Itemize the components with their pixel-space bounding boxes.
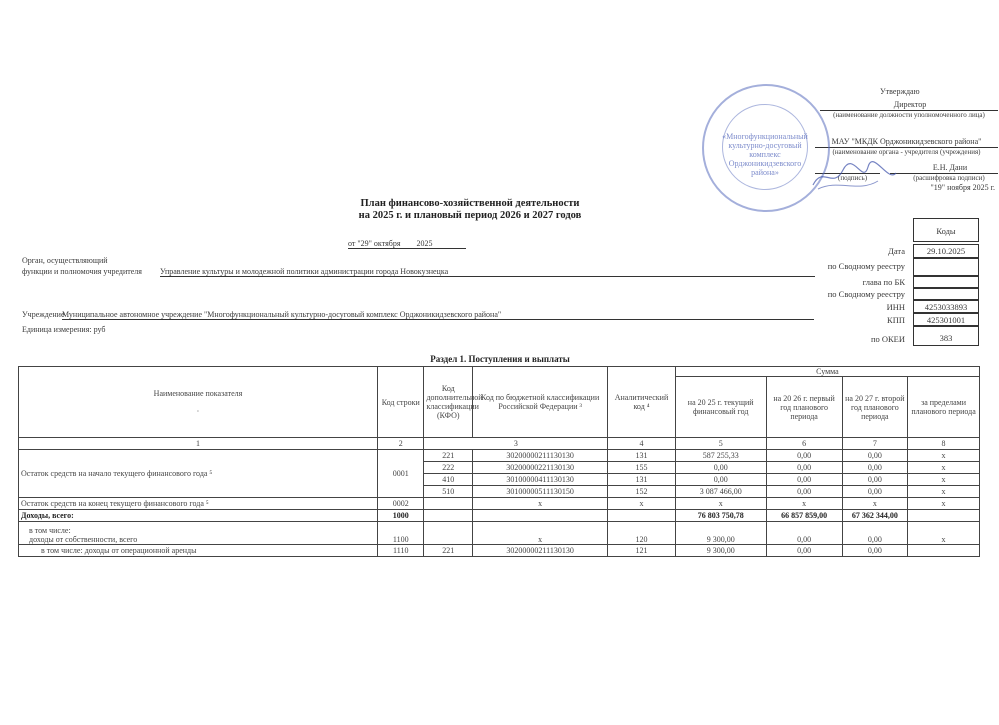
cell-analytic: 155 xyxy=(608,462,676,474)
code-label-registry: по Сводному реестру xyxy=(745,261,905,271)
cell-beyond: x xyxy=(908,450,980,462)
code-label-date: Дата xyxy=(745,246,905,256)
code-value-registry xyxy=(913,258,979,276)
code-label-okei: по ОКЕИ xyxy=(745,334,905,344)
header-sum: Сумма xyxy=(675,367,979,377)
cell-2025: 3 087 466,00 xyxy=(675,486,766,498)
row-name: в том числе: доходы от собственности, вс… xyxy=(19,522,378,545)
table-row: в том числе: доходы от операционной арен… xyxy=(19,545,980,557)
finance-table: Наименование показателя· Код строки Код … xyxy=(18,366,980,557)
cell-analytic: 152 xyxy=(608,486,676,498)
cell-beyond: x xyxy=(908,522,980,545)
cell-2025: 587 255,33 xyxy=(675,450,766,462)
row-name: Остаток средств на конец текущего финанс… xyxy=(19,498,378,510)
header-analytic: Аналитический код ⁴ xyxy=(608,367,676,438)
code-label-registry-2: по Сводному реестру xyxy=(745,289,905,299)
col-num: 4 xyxy=(608,438,676,450)
table-row: Остаток средств на конец текущего финанс… xyxy=(19,498,980,510)
cell-analytic: x xyxy=(608,498,676,510)
row-name: в том числе: доходы от операционной арен… xyxy=(19,545,378,557)
cell-2027: 67 362 344,00 xyxy=(842,510,907,522)
cell-2026: 0,00 xyxy=(766,450,842,462)
decode-caption: (расшифровка подписи) xyxy=(900,174,998,182)
cell-kfo: 222 xyxy=(424,462,473,474)
title-line-2: на 2025 г. и плановый период 2026 и 2027… xyxy=(320,210,620,222)
cell-beyond: x xyxy=(908,486,980,498)
row-code: 0002 xyxy=(378,498,424,510)
col-num: 8 xyxy=(908,438,980,450)
cell-analytic: 131 xyxy=(608,474,676,486)
cell-2026: 0,00 xyxy=(766,462,842,474)
table-row: в том числе: доходы от собственности, вс… xyxy=(19,522,980,545)
cell-bk: 30200000211130130 xyxy=(473,450,608,462)
cell-2027: 0,00 xyxy=(842,522,907,545)
row-name-prefix: в том числе: xyxy=(21,526,375,535)
header-2027: на 20 27 г. второй год планового периода xyxy=(842,377,907,438)
header-kfo: Код дополнительной классификации (КФО) xyxy=(424,367,473,438)
founder-value: Управление культуры и молодежной политик… xyxy=(160,267,815,277)
code-value-bk xyxy=(913,276,979,288)
cell-2025: x xyxy=(675,498,766,510)
row-name-main: доходы от собственности, всего xyxy=(21,535,375,544)
unit-label: Единица измерения: руб xyxy=(22,325,105,334)
cell-kfo: 410 xyxy=(424,474,473,486)
code-value-inn: 4253033893 xyxy=(913,300,979,313)
cell-bk xyxy=(473,510,608,522)
table-row: Остаток средств на начало текущего финан… xyxy=(19,450,980,462)
institution-label: Учреждение xyxy=(22,310,65,319)
organ-label: Орган, осуществляющий xyxy=(22,256,108,265)
column-number-row: 1 2 3 4 5 6 7 8 xyxy=(19,438,980,450)
code-value-okei: 383 xyxy=(913,326,979,346)
cell-analytic: 120 xyxy=(608,522,676,545)
col-num: 7 xyxy=(842,438,907,450)
cell-2025: 76 803 750,78 xyxy=(675,510,766,522)
cell-bk: x xyxy=(473,522,608,545)
code-value-kpp: 425301001 xyxy=(913,313,979,326)
cell-beyond: x xyxy=(908,498,980,510)
cell-kfo xyxy=(424,522,473,545)
cell-2026: x xyxy=(766,498,842,510)
row-code: 0001 xyxy=(378,450,424,498)
cell-2027: 0,00 xyxy=(842,450,907,462)
cell-beyond: x xyxy=(908,462,980,474)
cell-kfo xyxy=(424,498,473,510)
position-caption: (наименование должности уполномоченного … xyxy=(820,111,998,119)
cell-2025: 9 300,00 xyxy=(675,545,766,557)
col-num: 3 xyxy=(424,438,608,450)
col-num: 5 xyxy=(675,438,766,450)
cell-2025: 0,00 xyxy=(675,462,766,474)
row-name: Доходы, всего: xyxy=(19,510,378,522)
code-value-date: 29.10.2025 xyxy=(913,244,979,258)
cell-bk: 30200000221130130 xyxy=(473,462,608,474)
row-code: 1000 xyxy=(378,510,424,522)
cell-bk: 30100000511130150 xyxy=(473,486,608,498)
document-date: от "29" октября 2025 xyxy=(348,239,466,249)
codes-title: Коды xyxy=(913,218,979,242)
cell-2027: x xyxy=(842,498,907,510)
signature-icon xyxy=(808,155,898,195)
header-beyond: за пределами планового периода xyxy=(908,377,980,438)
col-num: 1 xyxy=(19,438,378,450)
header-bk: Код по бюджетной классификации Российско… xyxy=(473,367,608,438)
cell-bk: x xyxy=(473,498,608,510)
cell-2026: 0,00 xyxy=(766,486,842,498)
cell-beyond xyxy=(908,510,980,522)
cell-2026: 0,00 xyxy=(766,545,842,557)
stamp-text: «Многофункциональный культурно-досуговый… xyxy=(722,132,808,177)
cell-2026: 66 857 859,00 xyxy=(766,510,842,522)
cell-analytic: 121 xyxy=(608,545,676,557)
row-code: 1100 xyxy=(378,522,424,545)
cell-beyond: x xyxy=(908,474,980,486)
cell-analytic xyxy=(608,510,676,522)
code-value-registry-2 xyxy=(913,288,979,300)
cell-bk: 30100000411130130 xyxy=(473,474,608,486)
signer-name: Е.Н. Дани xyxy=(905,163,995,172)
section-title: Раздел 1. Поступления и выплаты xyxy=(380,354,620,364)
approve-label: Утверждаю xyxy=(880,87,950,96)
cell-kfo: 221 xyxy=(424,545,473,557)
cell-kfo: 221 xyxy=(424,450,473,462)
title-line-1: План финансово-хозяйственной деятельност… xyxy=(320,198,620,210)
col-num: 2 xyxy=(378,438,424,450)
approver-position: Директор xyxy=(820,100,999,109)
cell-bk: 30200000211130130 xyxy=(473,545,608,557)
cell-analytic: 131 xyxy=(608,450,676,462)
institution-value: Муниципальное автономное учреждение "Мно… xyxy=(62,310,814,320)
row-name: Остаток средств на начало текущего финан… xyxy=(19,450,378,498)
cell-2025: 0,00 xyxy=(675,474,766,486)
cell-beyond xyxy=(908,545,980,557)
cell-2027: 0,00 xyxy=(842,545,907,557)
cell-kfo: 510 xyxy=(424,486,473,498)
table-header-row: Наименование показателя· Код строки Код … xyxy=(19,367,980,377)
func-label: функции и полномочия учредителя xyxy=(22,267,142,276)
header-2025: на 20 25 г. текущий финансовый год xyxy=(675,377,766,438)
row-code: 1110 xyxy=(378,545,424,557)
cell-2026: 0,00 xyxy=(766,522,842,545)
table-row: Доходы, всего: 1000 76 803 750,78 66 857… xyxy=(19,510,980,522)
header-row-code: Код строки xyxy=(378,367,424,438)
header-2026: на 20 26 г. первый год планового периода xyxy=(766,377,842,438)
cell-kfo xyxy=(424,510,473,522)
cell-2027: 0,00 xyxy=(842,474,907,486)
code-label-kpp: КПП xyxy=(745,315,905,325)
document-title: План финансово-хозяйственной деятельност… xyxy=(320,198,620,222)
cell-2026: 0,00 xyxy=(766,474,842,486)
code-label-inn: ИНН xyxy=(745,302,905,312)
header-name: Наименование показателя· xyxy=(19,367,378,438)
cell-2025: 9 300,00 xyxy=(675,522,766,545)
col-num: 6 xyxy=(766,438,842,450)
code-label-bk: глава по БК xyxy=(745,277,905,287)
cell-2027: 0,00 xyxy=(842,486,907,498)
cell-2027: 0,00 xyxy=(842,462,907,474)
approver-organization: МАУ "МКДК Орджоникидзевского района" xyxy=(815,137,998,146)
